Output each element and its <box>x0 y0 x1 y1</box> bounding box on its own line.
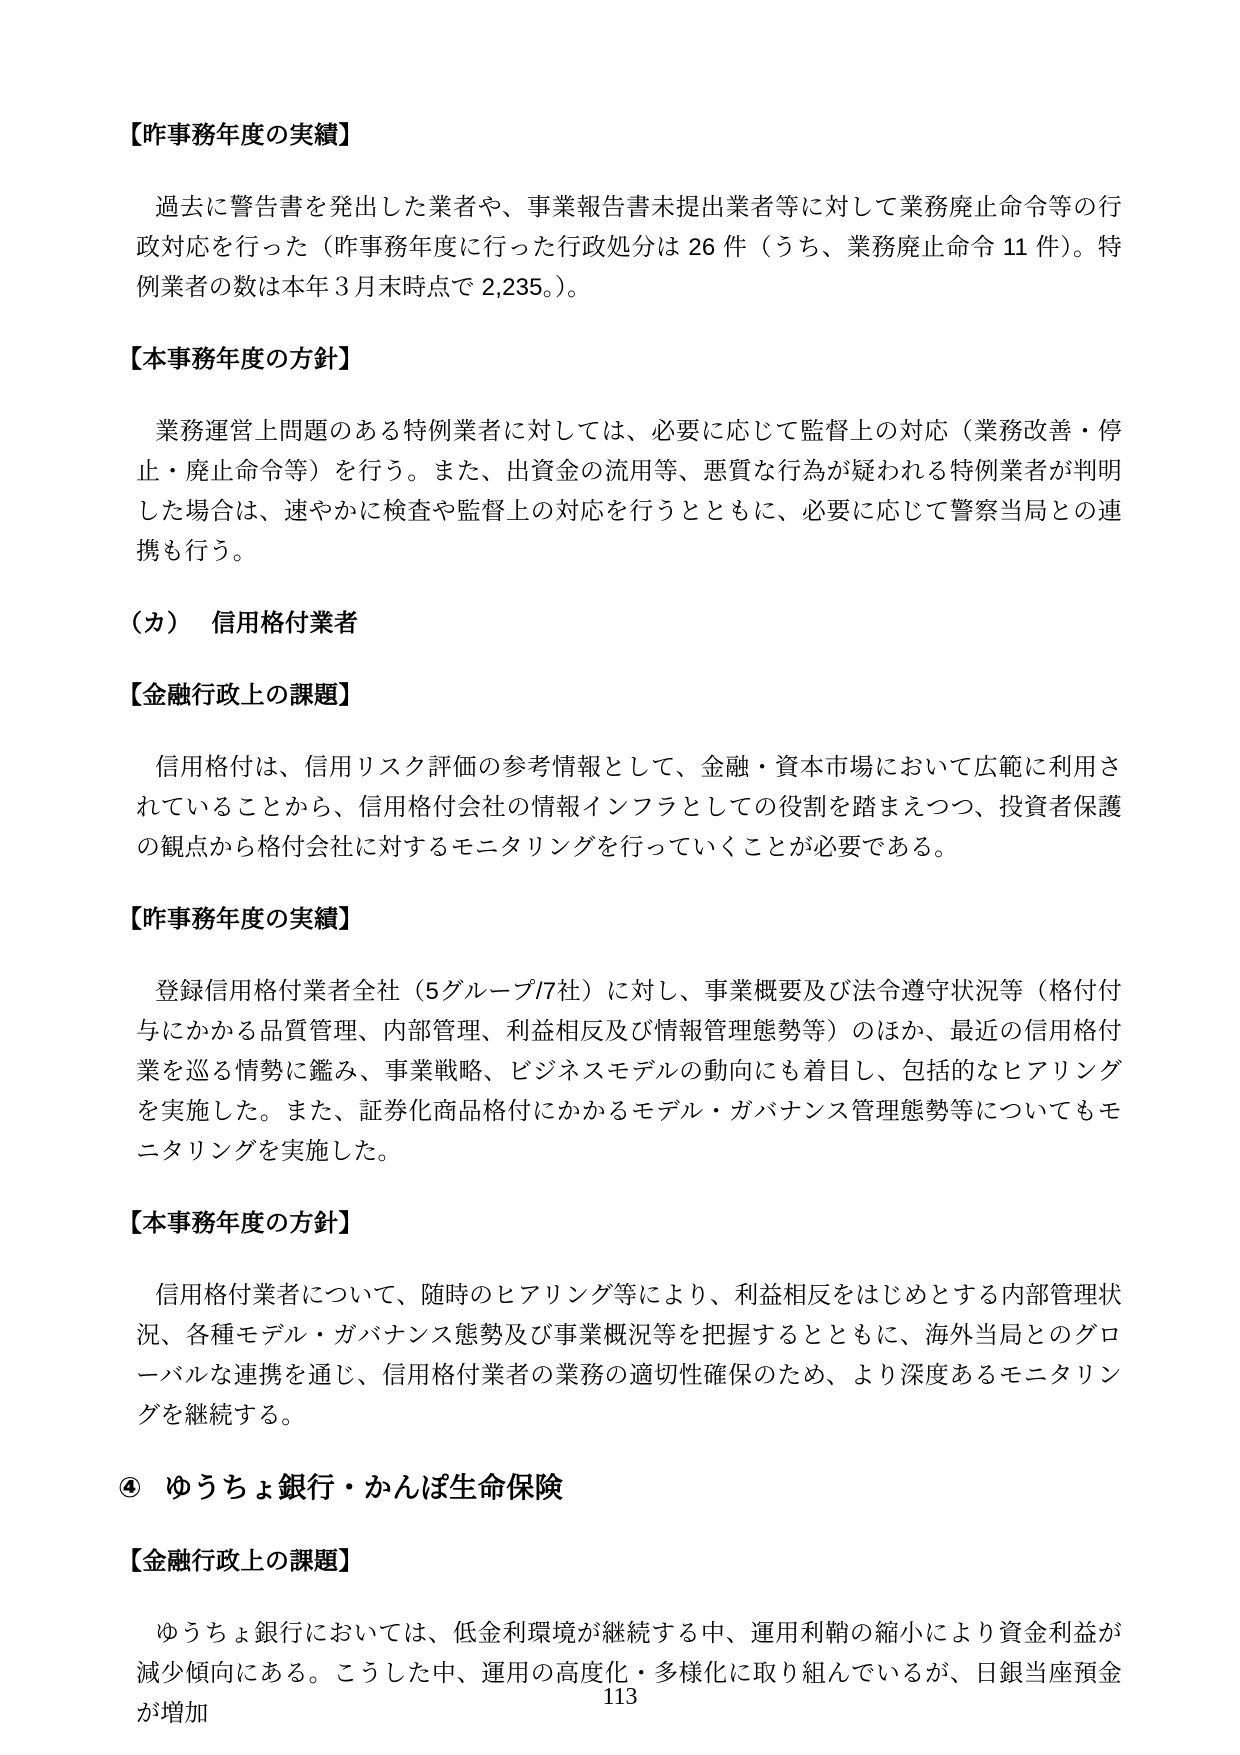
item-heading-title: 信用格付業者 <box>212 610 359 637</box>
item-heading-credit-rating-agencies: （カ）信用格付業者 <box>118 604 1122 644</box>
heading-last-fy-results-1: 【昨事務年度の実績】 <box>118 116 1122 156</box>
para-tokurei-supervision: 業務運営上問題のある特例業者に対しては、必要に応じて監督上の対応（業務改善・停止… <box>136 412 1122 572</box>
item-heading-label: （カ） <box>118 610 192 637</box>
heading-fsa-issues-1: 【金融行政上の課題】 <box>118 676 1122 716</box>
heading-fsa-issues-2: 【金融行政上の課題】 <box>118 1542 1122 1582</box>
para-administrative-actions: 過去に警告書を発出した業者や、事業報告書未提出業者等に対して業務廃止命令等の行政… <box>136 188 1122 308</box>
heading-current-fy-policy-2: 【本事務年度の方針】 <box>118 1204 1122 1244</box>
heading-last-fy-results-2: 【昨事務年度の実績】 <box>118 900 1122 940</box>
para-yucho-bank: ゆうちょ銀行においては、低金利環境が継続する中、運用利鞘の縮小により資金利益が減… <box>136 1614 1122 1734</box>
para-rating-agency-monitoring: 信用格付業者について、随時のヒアリング等により、利益相反をはじめとする内部管理状… <box>136 1276 1122 1436</box>
para-rating-agency-hearings: 登録信用格付業者全社（5グループ/7社）に対し、事業概要及び法令遵守状況等（格付… <box>136 972 1122 1172</box>
document-content: 【昨事務年度の実績】 過去に警告書を発出した業者や、事業報告書未提出業者等に対し… <box>0 0 1240 1734</box>
heading-current-fy-policy-1: 【本事務年度の方針】 <box>118 340 1122 380</box>
circled-number-4: ④ <box>118 1472 142 1503</box>
page-number: 113 <box>0 1684 1240 1711</box>
numbered-heading-title: ゆうちょ銀行・かんぽ生命保険 <box>164 1472 563 1503</box>
para-credit-rating-role: 信用格付は、信用リスク評価の参考情報として、金融・資本市場において広範に利用され… <box>136 748 1122 868</box>
document-page: 【昨事務年度の実績】 過去に警告書を発出した業者や、事業報告書未提出業者等に対し… <box>0 0 1240 1755</box>
numbered-heading-yucho-kanpo: ④ゆうちょ銀行・かんぽ生命保険 <box>118 1466 1122 1510</box>
